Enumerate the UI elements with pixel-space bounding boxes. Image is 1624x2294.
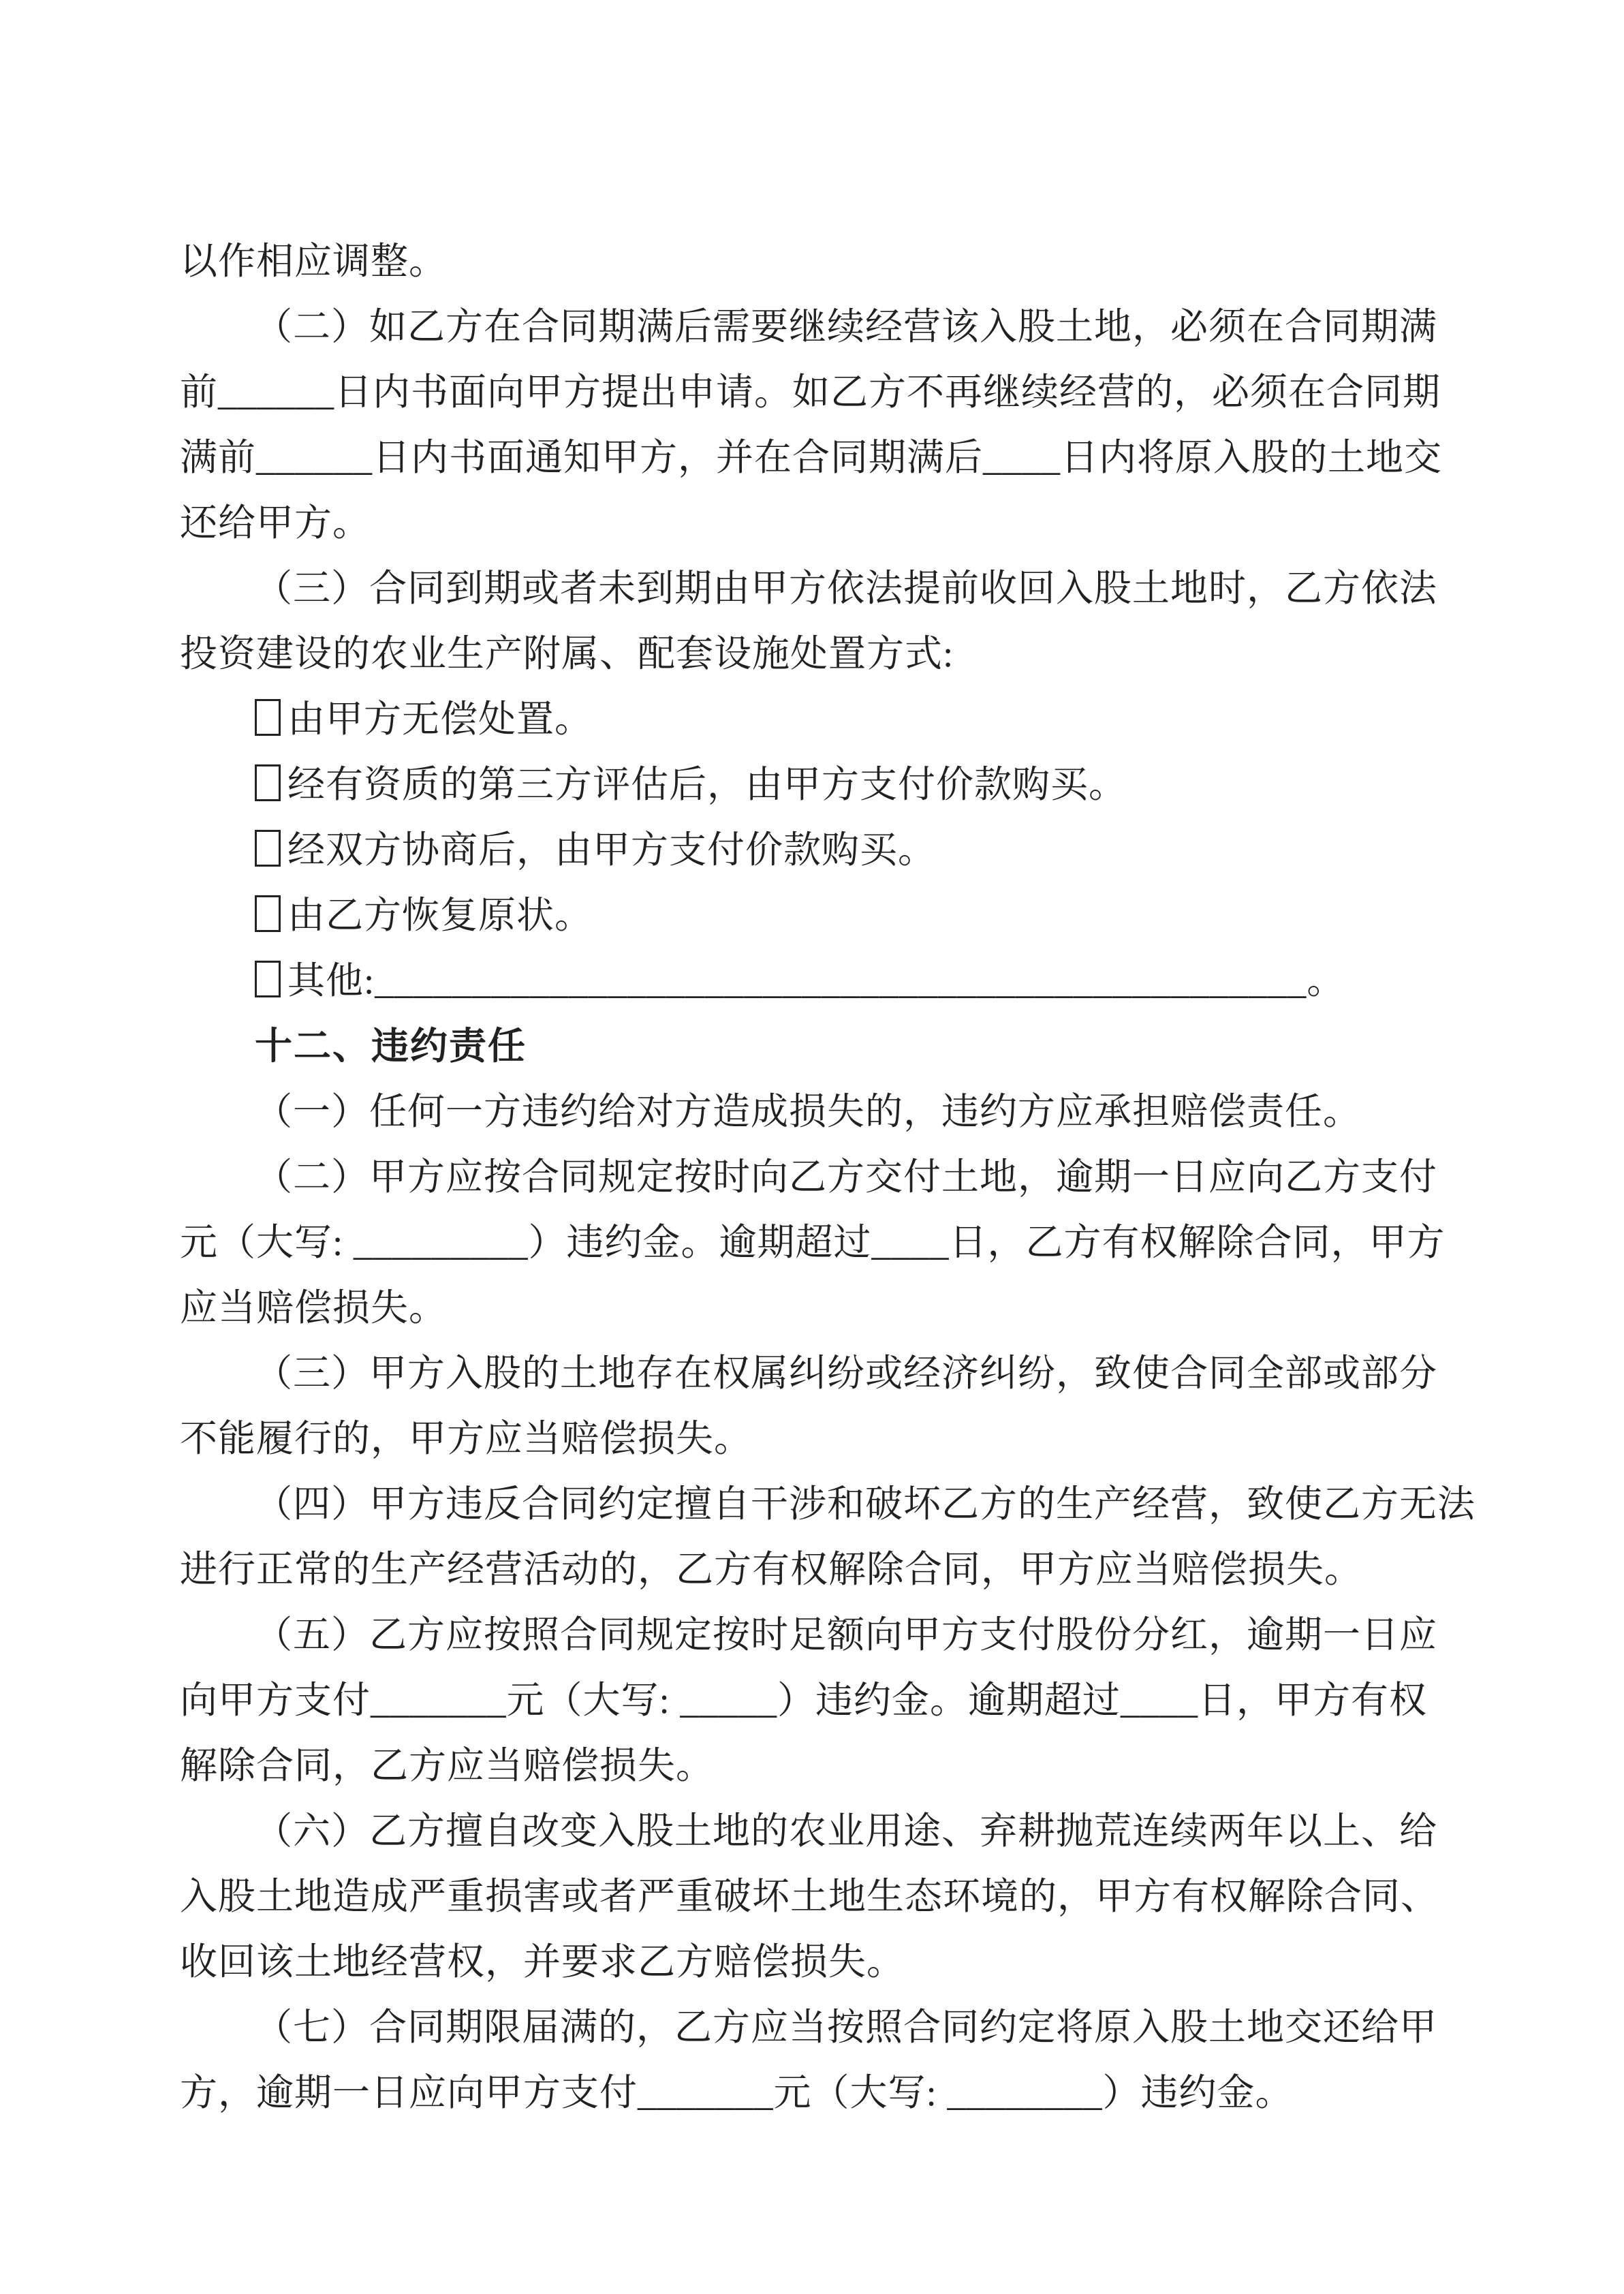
checkbox-label: 经有资质的第三方评估后，由甲方支付价款购买。 (287, 764, 1127, 805)
paragraph-start-line: （一）任何一方违约给对方造成损失的，违约方应承担赔偿责任。 (180, 1079, 1444, 1145)
text-line: 前______日内书面向甲方提出申请。如乙方不再继续经营的，必须在合同期 (180, 360, 1444, 425)
text-line: 元（大写: _________）违约金。逾期超过____日，乙方有权解除合同，甲… (180, 1210, 1444, 1275)
paragraph-start-line: （六）乙方擅自改变入股土地的农业用途、弃耕抛荒连续两年以上、给 (180, 1799, 1444, 1864)
text-line: 满前______日内书面通知甲方，并在合同期满后____日内将原入股的土地交 (180, 425, 1444, 491)
line-text: （二）甲方应按合同规定按时向乙方交付土地，逾期一日应向乙方支付 (255, 1156, 1437, 1198)
checkbox-option-1: 由甲方无偿处置。 (180, 687, 1444, 752)
line-text-with-blank: 向甲方支付_______元（大写: _____）违约金。逾期超过____日，甲方… (180, 1679, 1427, 1721)
line-text: （六）乙方擅自改变入股土地的农业用途、弃耕抛荒连续两年以上、给 (255, 1810, 1437, 1852)
text-line: 以作相应调整。 (180, 229, 1444, 294)
checkbox-icon (255, 830, 281, 867)
section-heading: 十二、违约责任 (180, 1014, 1444, 1079)
line-text: （五）乙方应按照合同规定按时足额向甲方支付股份分红，逾期一日应 (255, 1614, 1437, 1656)
text-line: 入股土地造成严重损害或者严重破坏土地生态环境的，甲方有权解除合同、 (180, 1864, 1444, 1929)
text-line: 进行正常的生产经营活动的，乙方有权解除合同，甲方应当赔偿损失。 (180, 1537, 1444, 1602)
checkbox-label: 由乙方恢复原状。 (287, 895, 593, 936)
text-line: 方，逾期一日应向甲方支付_______元（大写: ________）违约金。 (180, 2060, 1444, 2126)
paragraph-start-line: （三）甲方入股的土地存在权属纠纷或经济纠纷，致使合同全部或部分 (180, 1341, 1444, 1406)
checkbox-icon (255, 764, 281, 801)
checkbox-option-4: 由乙方恢复原状。 (180, 883, 1444, 948)
checkbox-icon (255, 895, 281, 932)
checkbox-label: 经双方协商后，由甲方支付价款购买。 (287, 829, 936, 871)
paragraph-start-line: （三）合同到期或者未到期由甲方依法提前收回入股土地时，乙方依法 (180, 556, 1444, 621)
checkbox-icon (255, 961, 281, 997)
text-line: 收回该土地经营权，并要求乙方赔偿损失。 (180, 1929, 1444, 1995)
line-text: 应当赔偿损失。 (180, 1287, 447, 1329)
line-text-with-blank: 满前______日内书面通知甲方，并在合同期满后____日内将原入股的土地交 (180, 437, 1442, 478)
line-text: 解除合同，乙方应当赔偿损失。 (180, 1745, 714, 1786)
paragraph-start-line: （五）乙方应按照合同规定按时足额向甲方支付股份分红，逾期一日应 (180, 1602, 1444, 1668)
line-text: （七）合同期限届满的，乙方应当按照合同约定将原入股土地交还给甲 (255, 2006, 1437, 2048)
document-content: 以作相应调整。 （二）如乙方在合同期满后需要继续经营该入股土地，必须在合同期满 … (180, 229, 1444, 2126)
line-text: 进行正常的生产经营活动的，乙方有权解除合同，甲方应当赔偿损失。 (180, 1549, 1362, 1590)
document-page: 以作相应调整。 （二）如乙方在合同期满后需要继续经营该入股土地，必须在合同期满 … (0, 0, 1624, 2294)
text-line: 解除合同，乙方应当赔偿损失。 (180, 1733, 1444, 1799)
paragraph-start-line: （四）甲方违反合同约定擅自干涉和破坏乙方的生产经营，致使乙方无法 (180, 1472, 1444, 1537)
checkbox-icon (255, 699, 281, 736)
checkbox-option-2: 经有资质的第三方评估后，由甲方支付价款购买。 (180, 752, 1444, 818)
paragraph-start-line: （七）合同期限届满的，乙方应当按照合同约定将原入股土地交还给甲 (180, 1995, 1444, 2060)
line-text-with-blank: 元（大写: _________）违约金。逾期超过____日，乙方有权解除合同，甲… (180, 1222, 1446, 1263)
line-text: 收回该土地经营权，并要求乙方赔偿损失。 (180, 1941, 905, 1983)
text-line: 向甲方支付_______元（大写: _____）违约金。逾期超过____日，甲方… (180, 1668, 1444, 1733)
text-line: 还给甲方。 (180, 491, 1444, 556)
text-line: 不能履行的，甲方应当赔偿损失。 (180, 1406, 1444, 1472)
line-text: 不能履行的，甲方应当赔偿损失。 (180, 1418, 752, 1459)
line-text: （一）任何一方违约给对方造成损失的，违约方应承担赔偿责任。 (255, 1091, 1361, 1132)
line-text: 入股土地造成严重损害或者严重破坏土地生态环境的，甲方有权解除合同、 (180, 1876, 1439, 1917)
text-line: 投资建设的农业生产附属、配套设施处置方式: (180, 621, 1444, 687)
line-text: （四）甲方违反合同约定擅自干涉和破坏乙方的生产经营，致使乙方无法 (255, 1483, 1475, 1525)
checkbox-option-3: 经双方协商后，由甲方支付价款购买。 (180, 818, 1444, 883)
line-text: （三）合同到期或者未到期由甲方依法提前收回入股土地时，乙方依法 (255, 568, 1437, 609)
text-line: 应当赔偿损失。 (180, 1275, 1444, 1341)
checkbox-label: 由甲方无偿处置。 (287, 698, 593, 740)
line-text: （三）甲方入股的土地存在权属纠纷或经济纠纷，致使合同全部或部分 (255, 1352, 1437, 1394)
paragraph-start-line: （二）如乙方在合同期满后需要继续经营该入股土地，必须在合同期满 (180, 294, 1444, 360)
line-text: 以作相应调整。 (180, 241, 447, 282)
line-text: （二）如乙方在合同期满后需要继续经营该入股土地，必须在合同期满 (255, 306, 1437, 347)
line-text-with-blank: 方，逾期一日应向甲方支付_______元（大写: ________）违约金。 (180, 2072, 1294, 2113)
line-text-with-blank: 前______日内书面向甲方提出申请。如乙方不再继续经营的，必须在合同期 (180, 371, 1441, 413)
checkbox-option-other: 其他:_____________________________________… (180, 948, 1444, 1014)
checkbox-label: 其他:_____________________________________… (287, 960, 1345, 1002)
section-heading-text: 十二、违约责任 (255, 1025, 527, 1067)
line-text: 投资建设的农业生产附属、配套设施处置方式: (180, 633, 954, 675)
paragraph-start-line: （二）甲方应按合同规定按时向乙方交付土地，逾期一日应向乙方支付 (180, 1145, 1444, 1210)
line-text: 还给甲方。 (180, 502, 371, 544)
